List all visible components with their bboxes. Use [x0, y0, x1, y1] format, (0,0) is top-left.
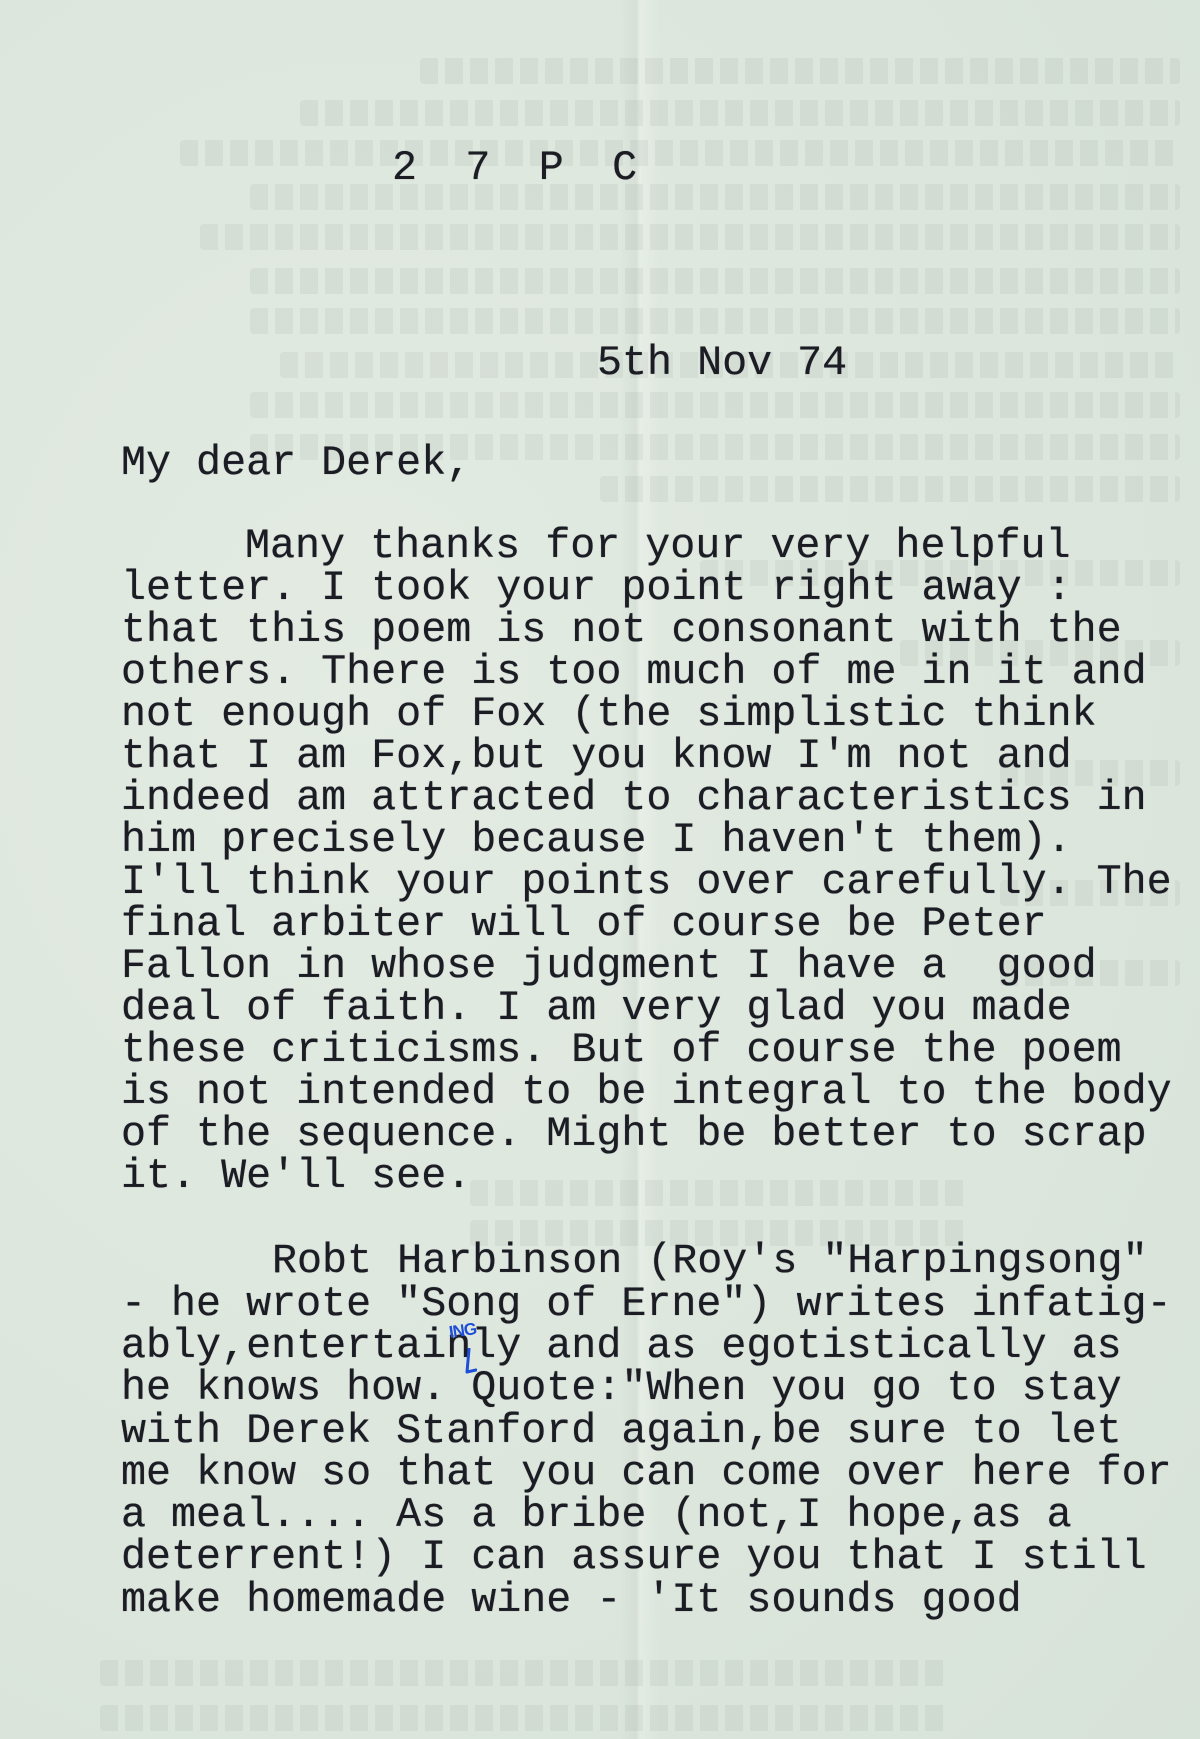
- letter-line: - he wrote "Song of Erne") writes infati…: [121, 1284, 1172, 1326]
- letter-line: him precisely because I haven't them).: [121, 820, 1072, 862]
- insertion-mark-icon: [463, 1348, 477, 1376]
- letter-line: final arbiter will of course be Peter: [121, 904, 1047, 946]
- letter-line: that I am Fox,but you know I'm not and: [121, 736, 1072, 778]
- letter-line: is not intended to be integral to the bo…: [121, 1072, 1172, 1114]
- letter-line: Many thanks for your very helpful: [245, 526, 1071, 568]
- letter-line: make homemade wine - 'It sounds good: [121, 1580, 1022, 1622]
- letter-line: others. There is too much of me in it an…: [121, 652, 1147, 694]
- letter-line: I'll think your points over carefully. T…: [121, 862, 1172, 904]
- letter-line: not enough of Fox (the simplistic think: [121, 694, 1097, 736]
- salutation: My dear Derek,: [121, 443, 471, 485]
- reference-code: 2 7 P C: [392, 148, 649, 190]
- letter-line: letter. I took your point right away :: [121, 568, 1072, 610]
- letter-line: ably,entertainly and as egotistically as: [121, 1326, 1122, 1368]
- letter-line: a meal.... As a bribe (not,I hope,as a: [121, 1495, 1072, 1537]
- letter-line: that this poem is not consonant with the: [121, 610, 1122, 652]
- letter-line: of the sequence. Might be better to scra…: [121, 1114, 1147, 1156]
- letter-line: me know so that you can come over here f…: [121, 1453, 1172, 1495]
- letter-line: deal of faith. I am very glad you made: [121, 988, 1072, 1030]
- letter-line: Fallon in whose judgment I have a good: [121, 946, 1097, 988]
- letter-line: Robt Harbinson (Roy's "Harpingsong": [272, 1241, 1148, 1283]
- letter-page: 2 7 P C 5th Nov 74 My dear Derek, Many t…: [0, 0, 1200, 1739]
- letter-line: indeed am attracted to characteristics i…: [121, 778, 1147, 820]
- letter-line: deterrent!) I can assure you that I stil…: [121, 1537, 1147, 1579]
- letter-date: 5th Nov 74: [597, 343, 847, 385]
- letter-line: these criticisms. But of course the poem: [121, 1030, 1122, 1072]
- letter-line: he knows how. Quote:"When you go to stay: [121, 1368, 1122, 1410]
- handwritten-correction: ING: [448, 1319, 478, 1343]
- letter-line: it. We'll see.: [121, 1156, 471, 1198]
- letter-line: with Derek Stanford again,be sure to let: [121, 1411, 1122, 1453]
